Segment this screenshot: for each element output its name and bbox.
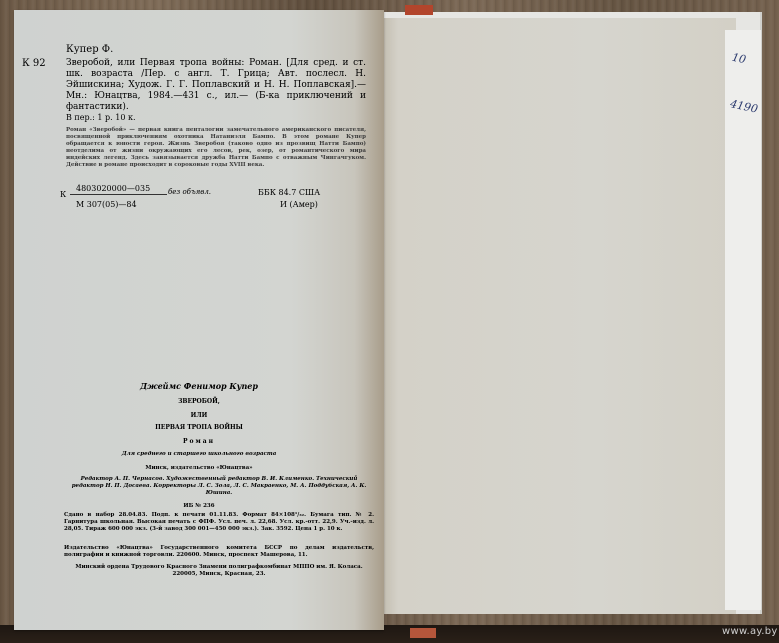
right-endpaper-page <box>384 18 736 614</box>
bbk-subcode: И (Амер) <box>280 200 318 209</box>
index-letter: К <box>60 190 66 199</box>
colophon-title-line-3: ПЕРВАЯ ТРОПА ВОЙНЫ <box>14 424 384 431</box>
index-fraction-line <box>70 194 167 195</box>
catalog-code: К 92 <box>22 58 46 69</box>
colophon-publishing-house: Издательство «Юнацтва» Государственного … <box>64 545 374 559</box>
spine-headband-bottom <box>410 628 436 638</box>
colophon-author: Джеймс Фенимор Купер <box>14 381 384 391</box>
colophon-printer: Минский ордена Трудового Красного Знамен… <box>64 564 374 578</box>
colophon-genre: Роман <box>14 438 384 445</box>
site-watermark: www.ay.by <box>722 626 778 637</box>
index-note: без объявл. <box>168 188 211 196</box>
catalog-price: В пер.: 1 р. 10 к. <box>66 113 136 122</box>
index-denominator: М 307(05)—84 <box>76 200 137 209</box>
colophon-publisher: Минск, издательство «Юнацтва» <box>14 465 384 471</box>
bbk-code: ББК 84.7 США <box>258 188 320 197</box>
colophon-credits: Редактор А. П. Чернасов. Художественный … <box>64 476 374 497</box>
colophon-title-line-2: ИЛИ <box>14 412 384 419</box>
endpaper-edge-strip <box>725 30 761 610</box>
index-numerator: 4803020000—035 <box>76 184 150 193</box>
colophon-title-line-1: ЗВЕРОБОЙ, <box>14 398 384 405</box>
colophon-imprint: Сдано в набор 28.04.83. Подп. к печати 0… <box>64 512 374 533</box>
handwritten-note-1: 10 <box>731 51 747 67</box>
catalog-author: Купер Ф. <box>66 44 113 55</box>
catalog-annotation: Роман «Зверобой» — первая книга пенталог… <box>66 127 366 169</box>
colophon-ib-number: ИБ № 236 <box>14 503 384 509</box>
colophon-audience: Для среднего и старшего школьного возрас… <box>14 451 384 457</box>
catalog-bibliographic-entry: Зверобой, или Первая тропа войны: Роман.… <box>66 58 366 113</box>
spine-headband-top <box>405 5 433 15</box>
